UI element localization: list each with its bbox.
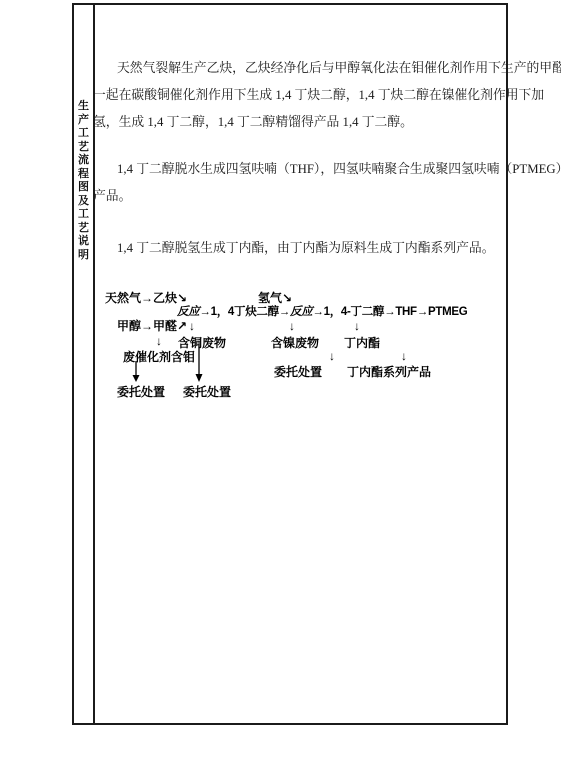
flow-node-reaction-2: 反应 <box>290 306 312 318</box>
paragraph-line: 产品。 <box>93 183 507 210</box>
flow-node-disposal: 委托处置 <box>274 366 322 379</box>
flow-node-butyrolactone-series: 丁内酯系列产品 <box>347 366 431 379</box>
paragraph-process-step-2: 1,4 丁二醇脱水生成四氢呋喃（THF），四氢呋喃聚合生成聚四氢呋喃（PTMEG… <box>93 156 507 210</box>
paragraph-process-step-3: 1,4 丁二醇脱氢生成丁内酯，由丁内酯为原料生成丁内酯系列产品。 <box>93 235 507 262</box>
flow-arrow-copper-waste-to-disposal-icon <box>194 344 204 382</box>
flow-node-hydrogen: 氢气↘ <box>258 292 292 305</box>
paragraph-line: 1,4 丁二醇脱氢生成丁内酯，由丁内酯为原料生成丁内酯系列产品。 <box>93 235 507 262</box>
flow-arrow-spent-catalyst-to-disposal-icon <box>131 361 141 382</box>
down-arrow-icon: ↓ <box>289 320 295 333</box>
flow-node-reaction-1: 反应 <box>177 306 199 318</box>
flow-node-methanol-formaldehyde: 甲醇→甲醛↗ <box>117 320 187 333</box>
flow-node-disposal: 委托处置 <box>117 386 165 399</box>
row-header-label: 生产工艺流程图及工艺说明 <box>77 100 90 262</box>
flow-node-disposal: 委托处置 <box>183 386 231 399</box>
paragraph-line: 天然气裂解生产乙炔，乙炔经净化后与甲醇氧化法在钼催化剂作用下生产的甲醛 <box>93 55 507 82</box>
down-arrow-icon: ↓ <box>156 335 162 348</box>
paragraph-process-step-1: 天然气裂解生产乙炔，乙炔经净化后与甲醇氧化法在钼催化剂作用下生产的甲醛 一起在碳… <box>93 55 507 136</box>
flow-node-natural-gas-acetylene: 天然气→乙炔↘ <box>105 292 187 305</box>
flow-node-butyrolactone: 丁内酯 <box>344 337 380 350</box>
document-page: 生产工艺流程图及工艺说明 天然气裂解生产乙炔，乙炔经净化后与甲醇氧化法在钼催化剂… <box>0 0 561 760</box>
down-arrow-icon: ↓ <box>401 350 407 363</box>
down-arrow-icon: ↓ <box>329 350 335 363</box>
paragraph-line: 氢，生成 1,4 丁二醇，1,4 丁二醇精馏得产品 1,4 丁二醇。 <box>93 109 507 136</box>
paragraph-line: 一起在碳酸铜催化剂作用下生成 1,4 丁炔二醇，1,4 丁炔二醇在镍催化剂作用下… <box>93 82 507 109</box>
flow-node-nickel-waste: 含镍废物 <box>271 337 319 350</box>
down-arrow-icon: ↓ <box>354 320 360 333</box>
flow-node-main-reaction-chain: 反应→1，4丁炔二醇→反应→1，4-丁二醇→THF→PTMEG <box>177 306 467 319</box>
flow-node-to-final-products: →1，4-丁二醇→THF→PTMEG <box>312 306 467 318</box>
flow-node-to-butynediol: →1，4丁炔二醇→ <box>199 306 290 318</box>
down-arrow-icon: ↓ <box>189 320 195 333</box>
paragraph-line: 1,4 丁二醇脱水生成四氢呋喃（THF），四氢呋喃聚合生成聚四氢呋喃（PTMEG… <box>93 156 507 183</box>
